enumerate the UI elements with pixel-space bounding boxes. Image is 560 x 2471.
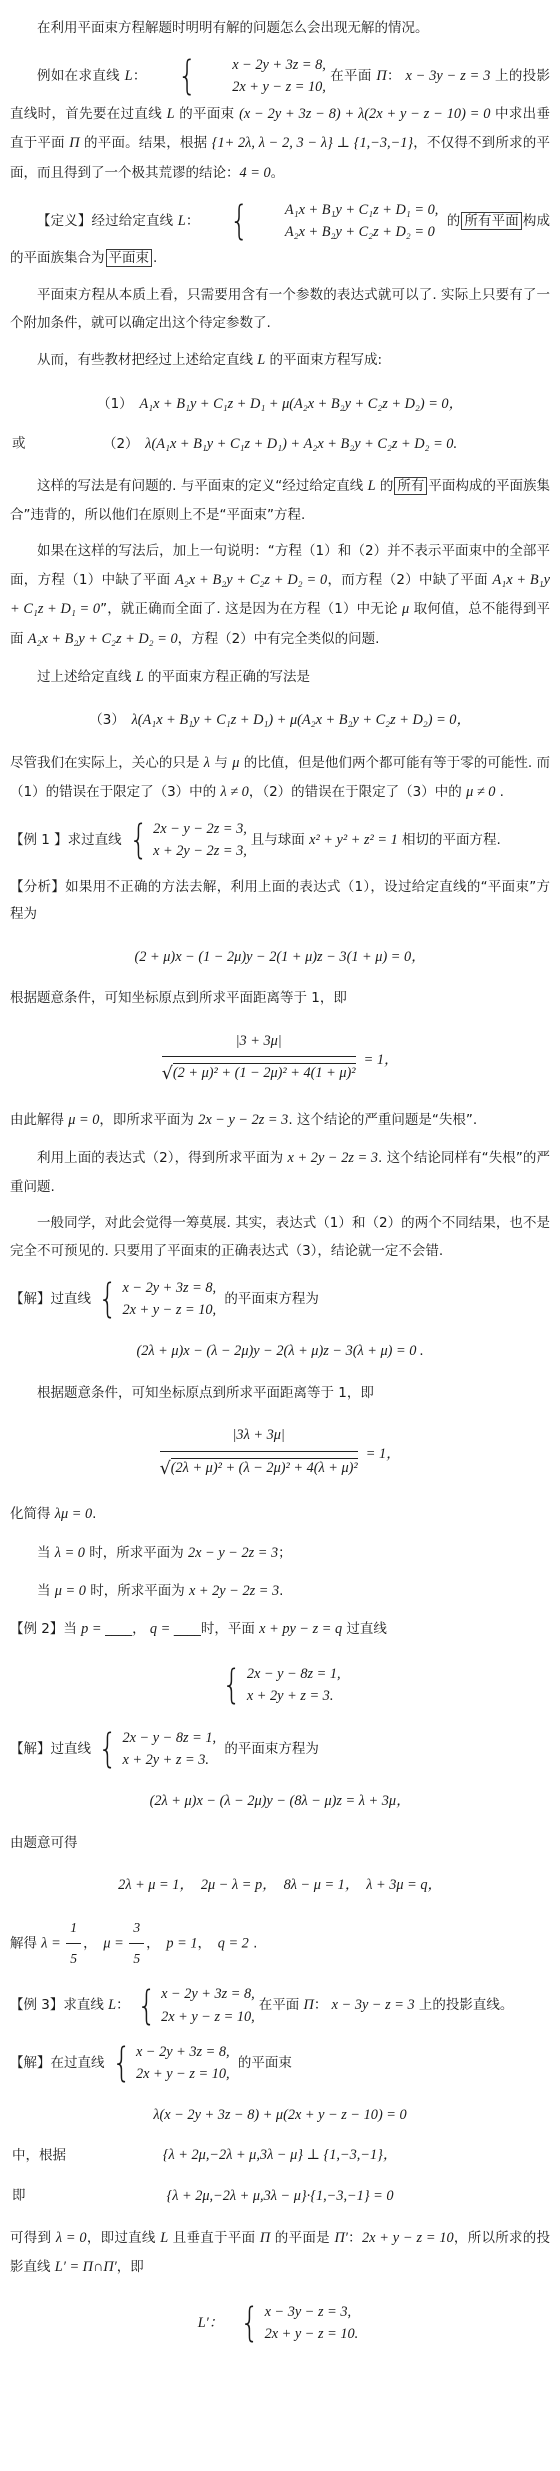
conditions-equation: 2λ + μ = 1， 2μ − λ = p， 8λ − μ = 1， λ + … <box>10 1873 550 1897</box>
system-equations: x − 2y + 3z = 8,2x + y − z = 10, <box>122 1277 216 1321</box>
text-run: . 这个结论的严重问题是“失根”. <box>288 1112 477 1128</box>
math-run: 2λ + μ = 1， 2μ − λ = p， 8λ − μ = 1， λ + … <box>118 1877 442 1893</box>
text-run: （1） <box>97 396 139 412</box>
text-run: 平面束方程从本质上看，只需要用含有一个参数的表达式就可以了. 实际上只要有了一个… <box>10 287 550 331</box>
example-1: 【例 1 】求过直线{2x − y − 2z = 3,x + 2y − 2z =… <box>10 816 550 864</box>
text-run: 【定义】经过给定直线 <box>37 213 178 229</box>
text-run: ，而方程（2）中缺了平面 <box>327 572 492 588</box>
analysis-bundle-equation: (2 + μ)x − (1 − 2μ)y − 2(1 + μ)z − 3(1 +… <box>10 945 550 969</box>
example-intro: 例如在求直线 L：{x − 2y + 3z = 8,2x + y − z = 1… <box>10 52 550 188</box>
radicand: (2 + μ)² + (1 − 2μ)² + 4(1 + μ)² <box>173 1063 356 1081</box>
text-run: 这样的写法是有问题的. 与平面束的定义“经过给定直线 <box>37 478 368 494</box>
bundle-equation-3: λ(x − 2y + 3z − 8) + μ(2x + y − z − 10) … <box>10 2103 550 2127</box>
example-2-system: {2x − y − 8z = 1,x + 2y + z = 3. <box>10 1661 550 1709</box>
text-run: 例如在求直线 <box>37 68 125 84</box>
system-equation: x − 3y − z = 3, <box>265 2301 359 2323</box>
text-run: 一般同学，对此会觉得一筹莫展. 其实，表达式（1）和（2）的两个不同结果，也不是… <box>10 1215 550 1259</box>
radical-icon: √ <box>160 1459 171 1479</box>
text-run: ： <box>116 1998 130 2014</box>
inline-fraction: 35 <box>129 1914 144 1973</box>
math-run: L <box>368 478 376 494</box>
math-run: x + py − z = q <box>259 1621 342 1637</box>
system-equations: x − 2y + 3z = 8,2x + y − z = 10, <box>161 1983 255 2027</box>
math-run: λ ≠ 0 <box>220 784 248 800</box>
definition: 【定义】经过给定直线 L：{A₁x + B₁y + C₁z + D₁ = 0,A… <box>10 197 550 273</box>
system-equation: 2x + y − z = 10, <box>122 1299 216 1321</box>
solution-1-equation: (2λ + μ)x − (λ − 2μ)y − 2(λ + μ)z − 3(λ … <box>10 1339 550 1363</box>
text-run: 从而，有些教材把经过上述给定直线 <box>37 352 257 368</box>
text-run: ， <box>197 1935 217 1951</box>
text-run: ： <box>186 213 200 229</box>
system-equation: x − 2y + 3z = 8, <box>122 1277 216 1299</box>
math-run: Π′ <box>334 2230 347 2246</box>
text-run: ： <box>348 2230 362 2246</box>
brace-icon: { <box>210 201 249 241</box>
math-run: 4 = 0 <box>240 165 271 181</box>
document-body: 在利用平面束方程解题时明明有解的问题怎么会出现无解的情况。例如在求直线 L：{x… <box>10 15 550 2347</box>
equation-system: {x − 2y + 3z = 8,2x + y − z = 10, <box>95 1277 216 1321</box>
text-run: 时，所求平面为 <box>85 1545 188 1561</box>
text-run: 可得到 <box>10 2230 56 2246</box>
text-run: 【例 1 】求过直线 <box>10 832 122 848</box>
math-run: μ = 0 <box>68 1112 99 1128</box>
fraction-numerator: |3 + 3μ| <box>162 1029 356 1057</box>
example-3: 【例 3】求直线 L：{x − 2y + 3z = 8,2x + y − z =… <box>10 1981 550 2029</box>
text-run: 根据题意条件，可知坐标原点到所求平面距离等于 1，即 <box>10 990 347 1006</box>
display-label: 中，根据 <box>12 2144 66 2167</box>
math-run: p = 1 <box>166 1935 197 1951</box>
display-content: {λ + 2μ,−2λ + μ,3λ − μ} ⊥ {1,−3,−1}， <box>163 2147 397 2163</box>
equation-rhs: = 1， <box>366 1446 401 1462</box>
math-run: L′ = Π∩Π′ <box>55 2259 117 2275</box>
text-run: 过直线 <box>342 1621 387 1637</box>
text-run: 在利用平面束方程解题时明明有解的问题怎么会出现无解的情况。 <box>37 20 429 36</box>
math-run: Π <box>304 1998 314 2014</box>
text-run: ： <box>387 68 406 84</box>
math-run: L <box>125 68 133 84</box>
math-run: μ = 0 <box>55 1583 86 1599</box>
system-equations: x − 2y + 3z = 8,2x + y − z = 10, <box>136 2041 230 2085</box>
math-run: x + 2y − 2z = 3 <box>288 1150 379 1166</box>
system-equation: 2x − y − 2z = 3, <box>153 818 247 840</box>
math-run: x − 3y − z = 3 <box>332 1998 415 2014</box>
text-run: 当 <box>37 1583 55 1599</box>
text-run: 根据题意条件，可知坐标原点到所求平面距离等于 1，即 <box>37 1385 374 1401</box>
para-expr2-result: 利用上面的表达式（2），得到所求平面为 x + 2y − 2z = 3. 这个结… <box>10 1144 550 1201</box>
text-run: 【解】过直线 <box>10 1291 91 1307</box>
dot-product-condition: 即{λ + 2μ,−2λ + μ,3λ − μ}·{1,−3,−1} = 0 <box>10 2184 550 2208</box>
display-content: (2 + μ)x − (1 − 2μ)y − 2(1 + μ)z − 3(1 +… <box>135 949 426 965</box>
equation-1: （1） A₁x + B₁y + C₁z + D₁ + μ(A₂x + B₂y +… <box>10 392 550 416</box>
text-run: 利用上面的表达式（2），得到所求平面为 <box>37 1150 288 1166</box>
para-textbooks: 从而，有些教材把经过上述给定直线 L 的平面束方程写成: <box>10 346 550 375</box>
para-distance-1: 根据题意条件，可知坐标原点到所求平面距离等于 1，即 <box>10 985 550 1013</box>
math-run: A₂x + B₂y + C₂z + D₂ = 0 <box>28 631 178 647</box>
system-equation: x − 2y + 3z = 8, <box>205 54 326 76</box>
solution-2-equation: (2λ + μ)x − (λ − 2μ)y − (8λ − μ)z = λ + … <box>10 1789 550 1813</box>
text-run: 的平面是 <box>270 2230 334 2246</box>
system-label: L′： <box>198 2311 223 2335</box>
text-run: . <box>495 784 504 800</box>
inline-fraction: 15 <box>66 1914 81 1973</box>
case-mu-zero: 当 μ = 0 时，所求平面为 x + 2y − 2z = 3. <box>10 1577 550 1606</box>
text-run: 解得 <box>10 1935 41 1951</box>
solution-3: 【解】在过直线{x − 2y + 3z = 8,2x + y − z = 10,… <box>10 2039 550 2087</box>
text-run: ，即 <box>117 2259 144 2275</box>
system-equation: 2x − y − 8z = 1, <box>247 1663 341 1685</box>
text-run: ，即过直线 <box>87 2230 161 2246</box>
math-run: μ ≠ 0 <box>466 784 495 800</box>
text-run: 当 <box>37 1545 55 1561</box>
fraction-equation-2: |3λ + 3μ|√(2λ + μ)² + (λ − 2μ)² + 4(λ + … <box>10 1423 550 1484</box>
system-equations: 2x − y − 2z = 3,x + 2y − 2z = 3, <box>153 818 247 862</box>
equation-system: {x − 2y + 3z = 8,2x + y − z = 10, <box>109 2041 230 2085</box>
document-page: 在利用平面束方程解题时明明有解的问题怎么会出现无解的情况。例如在求直线 L：{x… <box>0 0 560 2377</box>
math-run: λ(x − 2y + 3z − 8) + μ(2x + y − z − 10) … <box>153 2107 406 2123</box>
text-run: （3） <box>89 712 131 728</box>
brace-icon: { <box>112 2043 131 2083</box>
para-simplify: 化简得 λμ = 0. <box>10 1500 550 1529</box>
system-equation: x + 2y + z = 3. <box>247 1685 341 1707</box>
para-one-parameter: 平面束方程从本质上看，只需要用含有一个参数的表达式就可以了. 实际上只要有了一个… <box>10 282 550 337</box>
math-run: {λ + 2μ,−2λ + μ,3λ − μ}·{1,−3,−1} = 0 <box>166 2188 393 2204</box>
boxed-term: 所有 <box>394 477 427 495</box>
text-run: 【例 2】当 <box>10 1621 81 1637</box>
math-run: L <box>160 2230 168 2246</box>
para-problematic: 这样的写法是有问题的. 与平面束的定义“经过给定直线 L 的所有平面构成的平面族… <box>10 472 550 529</box>
math-run: λ = 0 <box>55 1545 85 1561</box>
text-run: 在平面 <box>259 1998 304 2014</box>
system-wrap: {2x − y − 8z = 1,x + 2y + z = 3. <box>215 1661 344 1709</box>
text-run: 相切的平面方程. <box>398 832 501 848</box>
solution-1: 【解】过直线{x − 2y + 3z = 8,2x + y − z = 10, … <box>10 1275 550 1323</box>
intro-line: 在利用平面束方程解题时明明有解的问题怎么会出现无解的情况。 <box>10 15 550 43</box>
text-run: 由此解得 <box>10 1112 68 1128</box>
display-content: 2λ + μ = 1， 2μ − λ = p， 8λ − μ = 1， λ + … <box>118 1877 442 1893</box>
system-equation: x + 2y + z = 3. <box>122 1749 216 1771</box>
math-run: Π <box>376 68 386 84</box>
text-run: 【分析】如果用不正确的方法去解，利用上面的表达式（1），设过给定直线的“平面束”… <box>10 879 550 923</box>
text-run: 过上述给定直线 <box>37 669 136 685</box>
math-run: λ(A₁x + B₁y + C₁z + D₁) + A₂x + B₂y + C₂… <box>145 436 457 452</box>
text-run: 【解】过直线 <box>10 1741 91 1757</box>
math-run: λ = <box>41 1935 64 1951</box>
display-content: （1） A₁x + B₁y + C₁z + D₁ + μ(A₂x + B₂y +… <box>97 396 463 412</box>
math-run: λ(A₁x + B₁y + C₁z + D₁) + μ(A₂x + B₂y + … <box>132 712 471 728</box>
math-run: L <box>108 1998 116 2014</box>
para-ratio: 尽管我们在实际上，关心的只是 λ 与 μ 的比值，但是他们两个都可能有等于零的可… <box>10 749 550 808</box>
para-students: 一般同学，对此会觉得一筹莫展. 其实，表达式（1）和（2）的两个不同结果，也不是… <box>10 1210 550 1265</box>
brace-icon: { <box>240 2303 259 2343</box>
text-run: ，方程（2）中有完全类似的问题. <box>178 631 380 647</box>
math-run: L <box>167 106 175 122</box>
system-equation: 2x + y − z = 10, <box>136 2063 230 2085</box>
display-content: (2λ + μ)x − (λ − 2μ)y − 2(λ + μ)z − 3(λ … <box>136 1343 423 1359</box>
display-content: (2λ + μ)x − (λ − 2μ)y − (8λ − μ)z = λ + … <box>150 1793 411 1809</box>
math-run: (2λ + μ)x − (λ − 2μ)y − (8λ − μ)z = λ + … <box>150 1793 411 1809</box>
fraction-numerator: 3 <box>129 1914 144 1944</box>
solve-result: 解得 λ = 15， μ = 35， p = 1， q = 2 . <box>10 1914 550 1973</box>
boxed-term: 所有平面 <box>461 212 522 230</box>
system-equations: x − 3y − z = 3,2x + y − z = 10. <box>265 2301 359 2345</box>
math-run: x + 2y − 2z = 3 <box>189 1583 279 1599</box>
brace-icon: { <box>223 1665 242 1705</box>
display-content: λ(x − 2y + 3z − 8) + μ(2x + y − z − 10) … <box>153 2107 406 2123</box>
text-run: 尽管我们在实际上，关心的只是 <box>10 755 204 771</box>
text-run: ： <box>133 68 147 84</box>
text-run: 的平面束方程写成: <box>265 352 382 368</box>
brace-icon: { <box>98 1279 117 1319</box>
system-equation: A₁x + B₁y + C₁z + D₁ = 0, <box>258 199 438 221</box>
text-run: ， <box>146 1935 166 1951</box>
brace-icon: { <box>137 1986 156 2026</box>
equation-system: {x − 3y − z = 3,2x + y − z = 10. <box>237 2301 358 2345</box>
text-run: ，即所求平面为 <box>99 1112 198 1128</box>
math-run: x² + y² + z² = 1 <box>309 832 398 848</box>
text-run: 由题意可得 <box>10 1835 78 1851</box>
boxed-term: 平面束 <box>106 249 153 267</box>
math-run: λμ = 0 <box>55 1506 92 1522</box>
radical-icon: √ <box>162 1064 173 1084</box>
math-run: Π <box>69 135 79 151</box>
equation-2: 或（2） λ(A₁x + B₁y + C₁z + D₁) + A₂x + B₂y… <box>10 432 550 456</box>
analysis-1: 【分析】如果用不正确的方法去解，利用上面的表达式（1），设过给定直线的“平面束”… <box>10 874 550 929</box>
text-run: （2） <box>103 436 145 452</box>
display-label: 或 <box>12 433 26 456</box>
text-run: . <box>279 1583 283 1599</box>
display-content: {λ + 2μ,−2λ + μ,3λ − μ}·{1,−3,−1} = 0 <box>166 2188 393 2204</box>
fraction: |3 + 3μ|√(2 + μ)² + (1 − 2μ)² + 4(1 + μ)… <box>162 1029 356 1090</box>
text-run: ，（2）的错误在于限定了（3）中的 <box>249 784 466 800</box>
text-run: 的平面束方程为 <box>220 1291 319 1307</box>
system-wrap: L′：{x − 3y − z = 3,2x + y − z = 10. <box>198 2299 363 2347</box>
display-content: （2） λ(A₁x + B₁y + C₁z + D₁) + A₂x + B₂y … <box>103 436 457 452</box>
equation-system: {x − 2y + 3z = 8,2x + y − z = 10, <box>151 54 326 98</box>
text-run: 上的投影直线。 <box>415 1998 514 2014</box>
math-run: 2x − y − 2z = 3 <box>198 1112 288 1128</box>
text-run: 在平面 <box>330 68 376 84</box>
text-run: 的平面束方程正确的写法是 <box>144 669 310 685</box>
case-lambda-zero: 当 λ = 0 时，所求平面为 2x − y − 2z = 3； <box>10 1539 550 1568</box>
fraction-denominator: √(2λ + μ)² + (λ − 2μ)² + 4(λ + μ)² <box>160 1452 358 1485</box>
brace-icon: { <box>98 1729 117 1769</box>
math-run: q = <box>150 1621 174 1637</box>
fraction-equation-1: |3 + 3μ|√(2 + μ)² + (1 − 2μ)² + 4(1 + μ)… <box>10 1029 550 1090</box>
text-run: 且与球面 <box>251 832 309 848</box>
text-run: 时，所求平面为 <box>86 1583 189 1599</box>
text-run: ， <box>132 1621 150 1637</box>
system-equation: x − 2y + 3z = 8, <box>136 2041 230 2063</box>
system-equation: 2x + y − z = 10. <box>265 2323 359 2345</box>
system-equation: 2x − y − 8z = 1, <box>122 1727 216 1749</box>
text-run: . <box>249 1935 258 1951</box>
math-run: L <box>178 213 186 229</box>
fraction-denominator: √(2 + μ)² + (1 − 2μ)² + 4(1 + μ)² <box>162 1057 356 1090</box>
conclusion-3: 可得到 λ = 0，即过直线 L 且垂直于平面 Π 的平面是 Π′：2x + y… <box>10 2224 550 2283</box>
system-equation: A₂x + B₂y + C₂z + D₂ = 0 <box>258 221 438 243</box>
math-run: p = <box>81 1621 105 1637</box>
math-run: Π <box>260 2230 270 2246</box>
text-run: 的平面。结果，根据 <box>80 135 212 151</box>
text-run: 化简得 <box>10 1506 55 1522</box>
equation-system: {x − 2y + 3z = 8,2x + y − z = 10, <box>134 1983 255 2027</box>
para-distance-2: 根据题意条件，可知坐标原点到所求平面距离等于 1，即 <box>10 1380 550 1408</box>
equation-system: {2x − y − 8z = 1,x + 2y + z = 3. <box>219 1663 340 1707</box>
equation-system: {2x − y − 2z = 3,x + 2y − 2z = 3, <box>126 818 247 862</box>
text-run: 的平面束 <box>234 2055 292 2071</box>
text-run: 的平面束方程为 <box>220 1741 319 1757</box>
system-equation: x − 2y + 3z = 8, <box>161 1983 255 2005</box>
fraction-denominator: 5 <box>66 1944 81 1973</box>
para-from-problem: 由题意可得 <box>10 1830 550 1858</box>
math-run: λ = 0 <box>56 2230 87 2246</box>
math-run: A₂x + B₂y + C₂z + D₂ = 0 <box>175 572 327 588</box>
text-run: ， <box>83 1935 103 1951</box>
math-run: {λ + 2μ,−2λ + μ,3λ − μ} ⊥ {1,−3,−1}， <box>163 2147 397 2163</box>
text-run: 的 <box>376 478 394 494</box>
system-equation: x + 2y − 2z = 3, <box>153 840 247 862</box>
text-run: 时，平面 <box>201 1621 259 1637</box>
equation-3: （3） λ(A₁x + B₁y + C₁z + D₁) + μ(A₂x + B₂… <box>10 708 550 732</box>
math-run: q = 2 <box>218 1935 249 1951</box>
radicand: (2λ + μ)² + (λ − 2μ)² + 4(λ + μ)² <box>171 1458 358 1476</box>
perp-condition: 中，根据{λ + 2μ,−2λ + μ,3λ − μ} ⊥ {1,−3,−1}， <box>10 2143 550 2167</box>
math-run: (x − 2y + 3z − 8) + λ(2x + y − z − 10) =… <box>239 106 490 122</box>
equation-rhs: = 1， <box>364 1052 399 1068</box>
display-content: （3） λ(A₁x + B₁y + C₁z + D₁) + μ(A₂x + B₂… <box>89 712 471 728</box>
system-equation: 2x + y − z = 10, <box>161 2006 255 2028</box>
math-run: μ = <box>103 1935 127 1951</box>
equation-system: {2x − y − 8z = 1,x + 2y + z = 3. <box>95 1727 216 1771</box>
text-run: ： <box>314 1998 332 2014</box>
fraction-numerator: 1 <box>66 1914 81 1944</box>
fraction-numerator: |3λ + 3μ| <box>160 1423 358 1451</box>
math-run: 2x + y − z = 10 <box>362 2230 454 2246</box>
system-equations: 2x − y − 8z = 1,x + 2y + z = 3. <box>122 1727 216 1771</box>
text-run: 【例 3】求直线 <box>10 1998 108 2014</box>
solution-2: 【解】过直线{2x − y − 8z = 1,x + 2y + z = 3. 的… <box>10 1725 550 1773</box>
brace-icon: { <box>157 56 196 96</box>
projection-line-system: L′：{x − 3y − z = 3,2x + y − z = 10. <box>10 2299 550 2347</box>
text-run: 【解】在过直线 <box>10 2055 105 2071</box>
math-run: 2x − y − 2z = 3 <box>188 1545 278 1561</box>
text-run: ； <box>278 1545 292 1561</box>
fraction-denominator: 5 <box>129 1944 144 1973</box>
text-run: ____ <box>105 1621 132 1637</box>
text-run: 的平面束 <box>175 106 240 122</box>
text-run: 。 <box>271 165 285 181</box>
text-run: . <box>92 1506 96 1522</box>
math-run: (2λ + μ)x − (λ − 2μ)y − 2(λ + μ)z − 3(λ … <box>136 1343 423 1359</box>
para-correct-form: 过上述给定直线 L 的平面束方程正确的写法是 <box>10 663 550 692</box>
system-equations: A₁x + B₁y + C₁z + D₁ = 0,A₂x + B₂y + C₂z… <box>258 199 438 243</box>
para-clarification: 如果在这样的写法后，加上一句说明：“方程（1）和（2）并不表示平面束中的全部平面… <box>10 538 550 654</box>
system-equations: x − 2y + 3z = 8,2x + y − z = 10, <box>205 54 326 98</box>
math-run: A₁x + B₁y + C₁z + D₁ + μ(A₂x + B₂y + C₂z… <box>139 396 462 412</box>
math-run: {1+ 2λ, λ − 2, 3 − λ} ⊥ {1,−3,−1} <box>212 135 413 151</box>
example-2: 【例 2】当 p = ____， q = ____时，平面 x + py − z… <box>10 1615 550 1644</box>
equation-system: {A₁x + B₁y + C₁z + D₁ = 0,A₂x + B₂y + C₂… <box>203 199 438 243</box>
math-run: (2 + μ)x − (1 − 2μ)y − 2(1 + μ)z − 3(1 +… <box>135 949 426 965</box>
text-run: . <box>153 250 157 266</box>
brace-icon: { <box>129 820 148 860</box>
display-label: 即 <box>12 2184 26 2207</box>
text-run: 的 <box>442 213 460 229</box>
math-run: L <box>136 669 144 685</box>
text-run: ____ <box>174 1621 201 1637</box>
text-run: ”，就正确而全面了. 这是因为在方程（1）中无论 <box>100 601 402 617</box>
system-equation: 2x + y − z = 10, <box>205 76 326 98</box>
para-mu-zero-result: 由此解得 μ = 0，即所求平面为 2x − y − 2z = 3. 这个结论的… <box>10 1106 550 1135</box>
system-equations: 2x − y − 8z = 1,x + 2y + z = 3. <box>247 1663 341 1707</box>
text-run: 与 <box>210 755 232 771</box>
fraction: |3λ + 3μ|√(2λ + μ)² + (λ − 2μ)² + 4(λ + … <box>160 1423 358 1484</box>
math-run: x − 3y − z = 3 <box>405 68 490 84</box>
text-run: 且垂直于平面 <box>168 2230 260 2246</box>
